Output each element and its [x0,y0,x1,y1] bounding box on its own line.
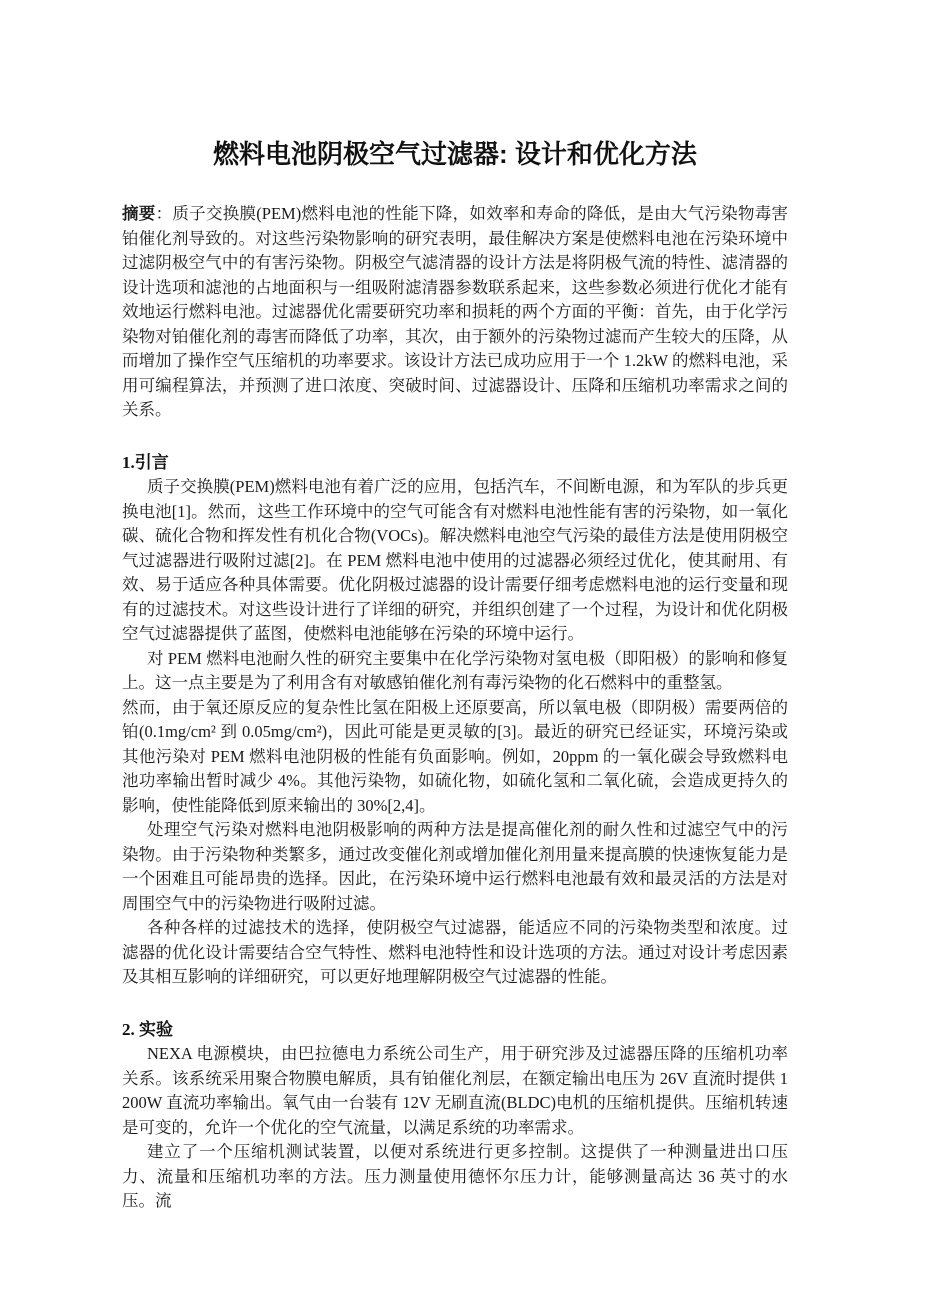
section-1-paragraph-2: 对 PEM 燃料电池耐久性的研究主要集中在化学污染物对氢电极（即阳极）的影响和修… [122,647,788,696]
document-title: 燃料电池阴极空气过滤器: 设计和优化方法 [122,136,788,172]
section-1-paragraph-3: 然而，由于氧还原反应的复杂性比氢在阳极上还原要高，所以氧电极（即阴极）需要两倍的… [122,696,788,819]
abstract-separator: ： [156,204,173,223]
section-1-paragraph-4: 处理空气污染对燃料电池阴极影响的两种方法是提高催化剂的耐久性和过滤空气中的污染物… [122,818,788,916]
abstract-label: 摘要 [122,204,156,223]
section-1-paragraph-5: 各种各样的过滤技术的选择，使阴极空气过滤器，能适应不同的污染物类型和浓度。过滤器… [122,916,788,990]
section-1-heading: 1.引言 [122,451,788,476]
section-1-paragraph-1: 质子交换膜(PEM)燃料电池有着广泛的应用，包括汽车，不间断电源，和为军队的步兵… [122,475,788,647]
section-2-heading: 2. 实验 [122,1018,788,1043]
document-page: 燃料电池阴极空气过滤器: 设计和优化方法 摘要：质子交换膜(PEM)燃料电池的性… [0,0,926,1309]
document-content: 燃料电池阴极空气过滤器: 设计和优化方法 摘要：质子交换膜(PEM)燃料电池的性… [122,136,788,1214]
abstract-text: 质子交换膜(PEM)燃料电池的性能下降，如效率和寿命的降低，是由大气污染物毒害铂… [122,204,788,419]
section-2-paragraph-1: NEXA 电源模块，由巴拉德电力系统公司生产，用于研究涉及过滤器压降的压缩机功率… [122,1042,788,1140]
abstract-paragraph: 摘要：质子交换膜(PEM)燃料电池的性能下降，如效率和寿命的降低，是由大气污染物… [122,202,788,423]
section-2-paragraph-2: 建立了一个压缩机测试装置，以便对系统进行更多控制。这提供了一种测量进出口压力、流… [122,1140,788,1214]
